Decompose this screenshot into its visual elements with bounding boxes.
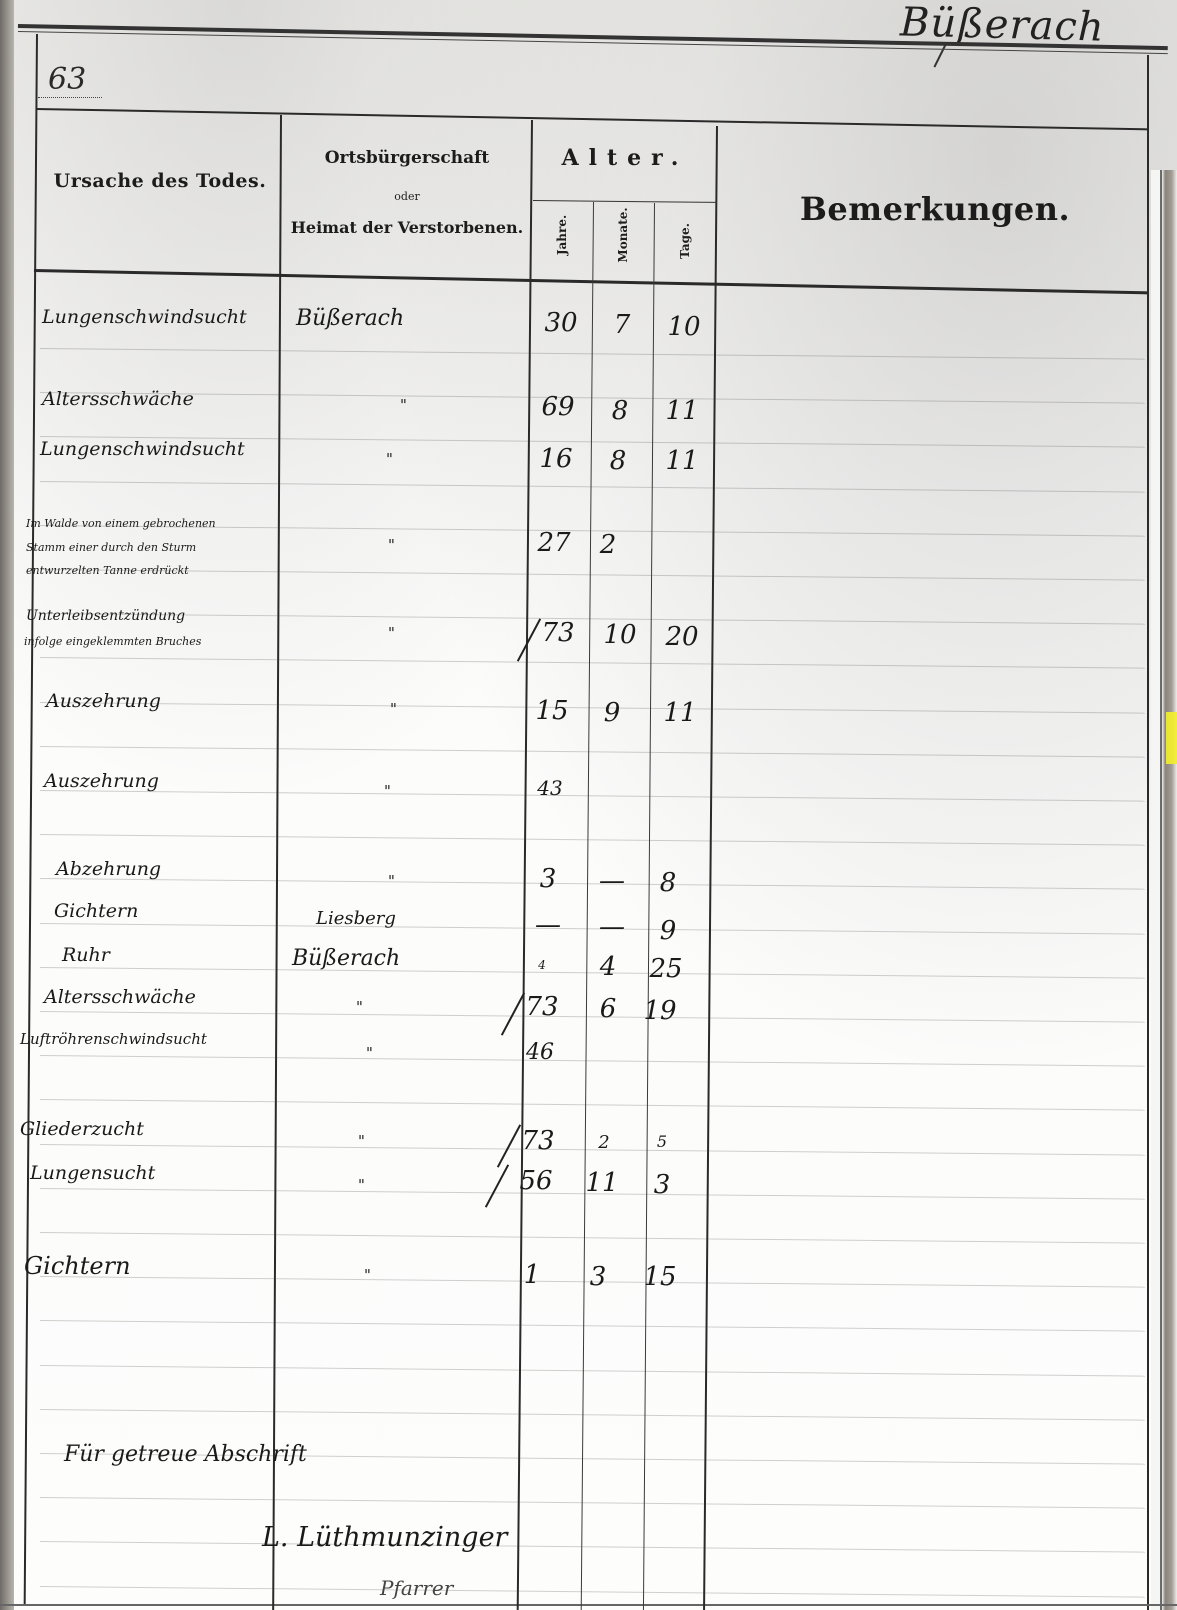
signature-title: Pfarrer <box>380 1576 453 1600</box>
header-age-years: Jahre. <box>555 200 569 270</box>
age-days: 11 <box>654 396 710 426</box>
home-town-ditto: " <box>400 396 407 414</box>
cause-of-death-line-2: Stamm einer durch den Sturm <box>26 538 196 558</box>
cause-of-death-line-2: infolge eingeklemmten Bruches <box>24 632 201 652</box>
age-months: 7 <box>594 310 650 340</box>
header-home-of-deceased: Heimat der Verstorbenen. <box>282 218 532 237</box>
home-town-ditto: " <box>356 998 363 1016</box>
age-years: 3 <box>520 864 576 894</box>
attestation-note: Für getreue Abschrift <box>64 1442 307 1467</box>
age-years: 15 <box>524 696 580 726</box>
age-months: 8 <box>592 396 648 426</box>
home-town-ditto: " <box>364 1266 371 1284</box>
age-days: 19 <box>632 996 688 1026</box>
header-citizenship: Ortsbürgerschaft <box>282 148 532 168</box>
age-months: 10 <box>592 620 648 650</box>
age-months: 3 <box>570 1262 626 1292</box>
cause-of-death: Altersschwäche <box>42 388 194 410</box>
age-months: 2 <box>580 530 636 560</box>
age-years: 69 <box>530 392 586 422</box>
frame-right-border <box>1147 55 1149 1610</box>
age-days: 10 <box>656 312 712 342</box>
age-months: 9 <box>584 698 640 728</box>
cause-of-death: Lungensucht <box>30 1162 155 1184</box>
home-town: Liesberg <box>316 908 396 929</box>
home-town-ditto: " <box>390 700 397 718</box>
cause-of-death: Abzehrung <box>56 858 161 880</box>
age-days: 11 <box>652 698 708 728</box>
age-years: 56 <box>508 1166 564 1196</box>
cause-of-death: Lungenschwindsucht <box>40 438 245 460</box>
header-age-days: Tage. <box>678 206 692 276</box>
cause-of-death: Luftröhrenschwindsucht <box>20 1030 207 1048</box>
age-years: 16 <box>528 444 584 474</box>
home-town-ditto: " <box>366 1044 373 1062</box>
home-town: Büßerach <box>292 946 400 971</box>
book-binding-edge <box>0 0 14 1610</box>
home-town-ditto: " <box>386 450 393 468</box>
home-town-ditto: " <box>388 872 395 890</box>
age-years: 1 <box>504 1260 560 1290</box>
age-days: 3 <box>634 1170 690 1200</box>
cause-of-death-line-1: Im Walde von einem gebrochenen <box>26 514 216 534</box>
age-years: 4 <box>514 958 570 972</box>
cause-of-death-line-1: Unterleibsentzündung <box>26 606 185 626</box>
age-months: 6 <box>580 994 636 1024</box>
home-town-ditto: " <box>388 536 395 554</box>
cause-of-death: Auszehrung <box>46 690 161 712</box>
home-town-ditto: " <box>384 782 391 800</box>
age-months: 2 <box>576 1132 632 1153</box>
age-days: 8 <box>640 868 696 898</box>
age-months: — <box>584 866 640 896</box>
age-months: 4 <box>580 952 636 982</box>
header-remarks: Bemerkungen. <box>720 190 1150 228</box>
home-town-ditto: " <box>358 1132 365 1150</box>
age-months: — <box>584 912 640 942</box>
header-citizenship-oder: oder <box>282 190 532 203</box>
yellow-marker-tab <box>1166 712 1177 764</box>
home-town: Büßerach <box>296 306 404 331</box>
page-right-edge <box>1151 170 1177 1610</box>
age-years: 43 <box>522 776 578 800</box>
cause-of-death: Auszehrung <box>44 770 159 792</box>
age-years: — <box>520 910 576 940</box>
age-days: 11 <box>654 446 710 476</box>
age-years: 73 <box>530 618 586 648</box>
cause-of-death: Lungenschwindsucht <box>42 306 247 328</box>
age-days: 20 <box>654 622 710 652</box>
signature: L. Lüthmunzinger <box>262 1522 507 1553</box>
age-years: 30 <box>533 308 589 338</box>
header-age-months: Monate. <box>616 200 630 270</box>
home-town-ditto: " <box>358 1176 365 1194</box>
age-months: 8 <box>590 446 646 476</box>
home-town-ditto: " <box>388 624 395 642</box>
cause-of-death: Altersschwäche <box>44 986 196 1008</box>
age-days: 15 <box>632 1262 688 1292</box>
age-days: 5 <box>634 1132 690 1151</box>
page-number: 63 <box>48 62 86 97</box>
age-days: 9 <box>640 916 696 946</box>
cause-of-death: Gichtern <box>54 900 138 922</box>
page-number-underline <box>38 97 102 98</box>
age-years: 73 <box>514 992 570 1022</box>
frame-bottom-border <box>0 1604 1177 1606</box>
age-years: 27 <box>526 528 582 558</box>
cause-of-death: Gliederzucht <box>20 1118 144 1140</box>
age-years: 73 <box>510 1126 566 1156</box>
age-years: 46 <box>512 1040 568 1065</box>
cause-of-death-line-3: entwurzelten Tanne erdrückt <box>26 561 189 581</box>
age-months: 11 <box>574 1168 630 1198</box>
header-cause-of-death: Ursache des Todes. <box>40 170 280 192</box>
cause-of-death: Gichtern <box>24 1252 131 1280</box>
cause-of-death: Ruhr <box>62 944 110 966</box>
age-days: 25 <box>638 954 694 984</box>
header-age: Alter. <box>535 145 715 171</box>
